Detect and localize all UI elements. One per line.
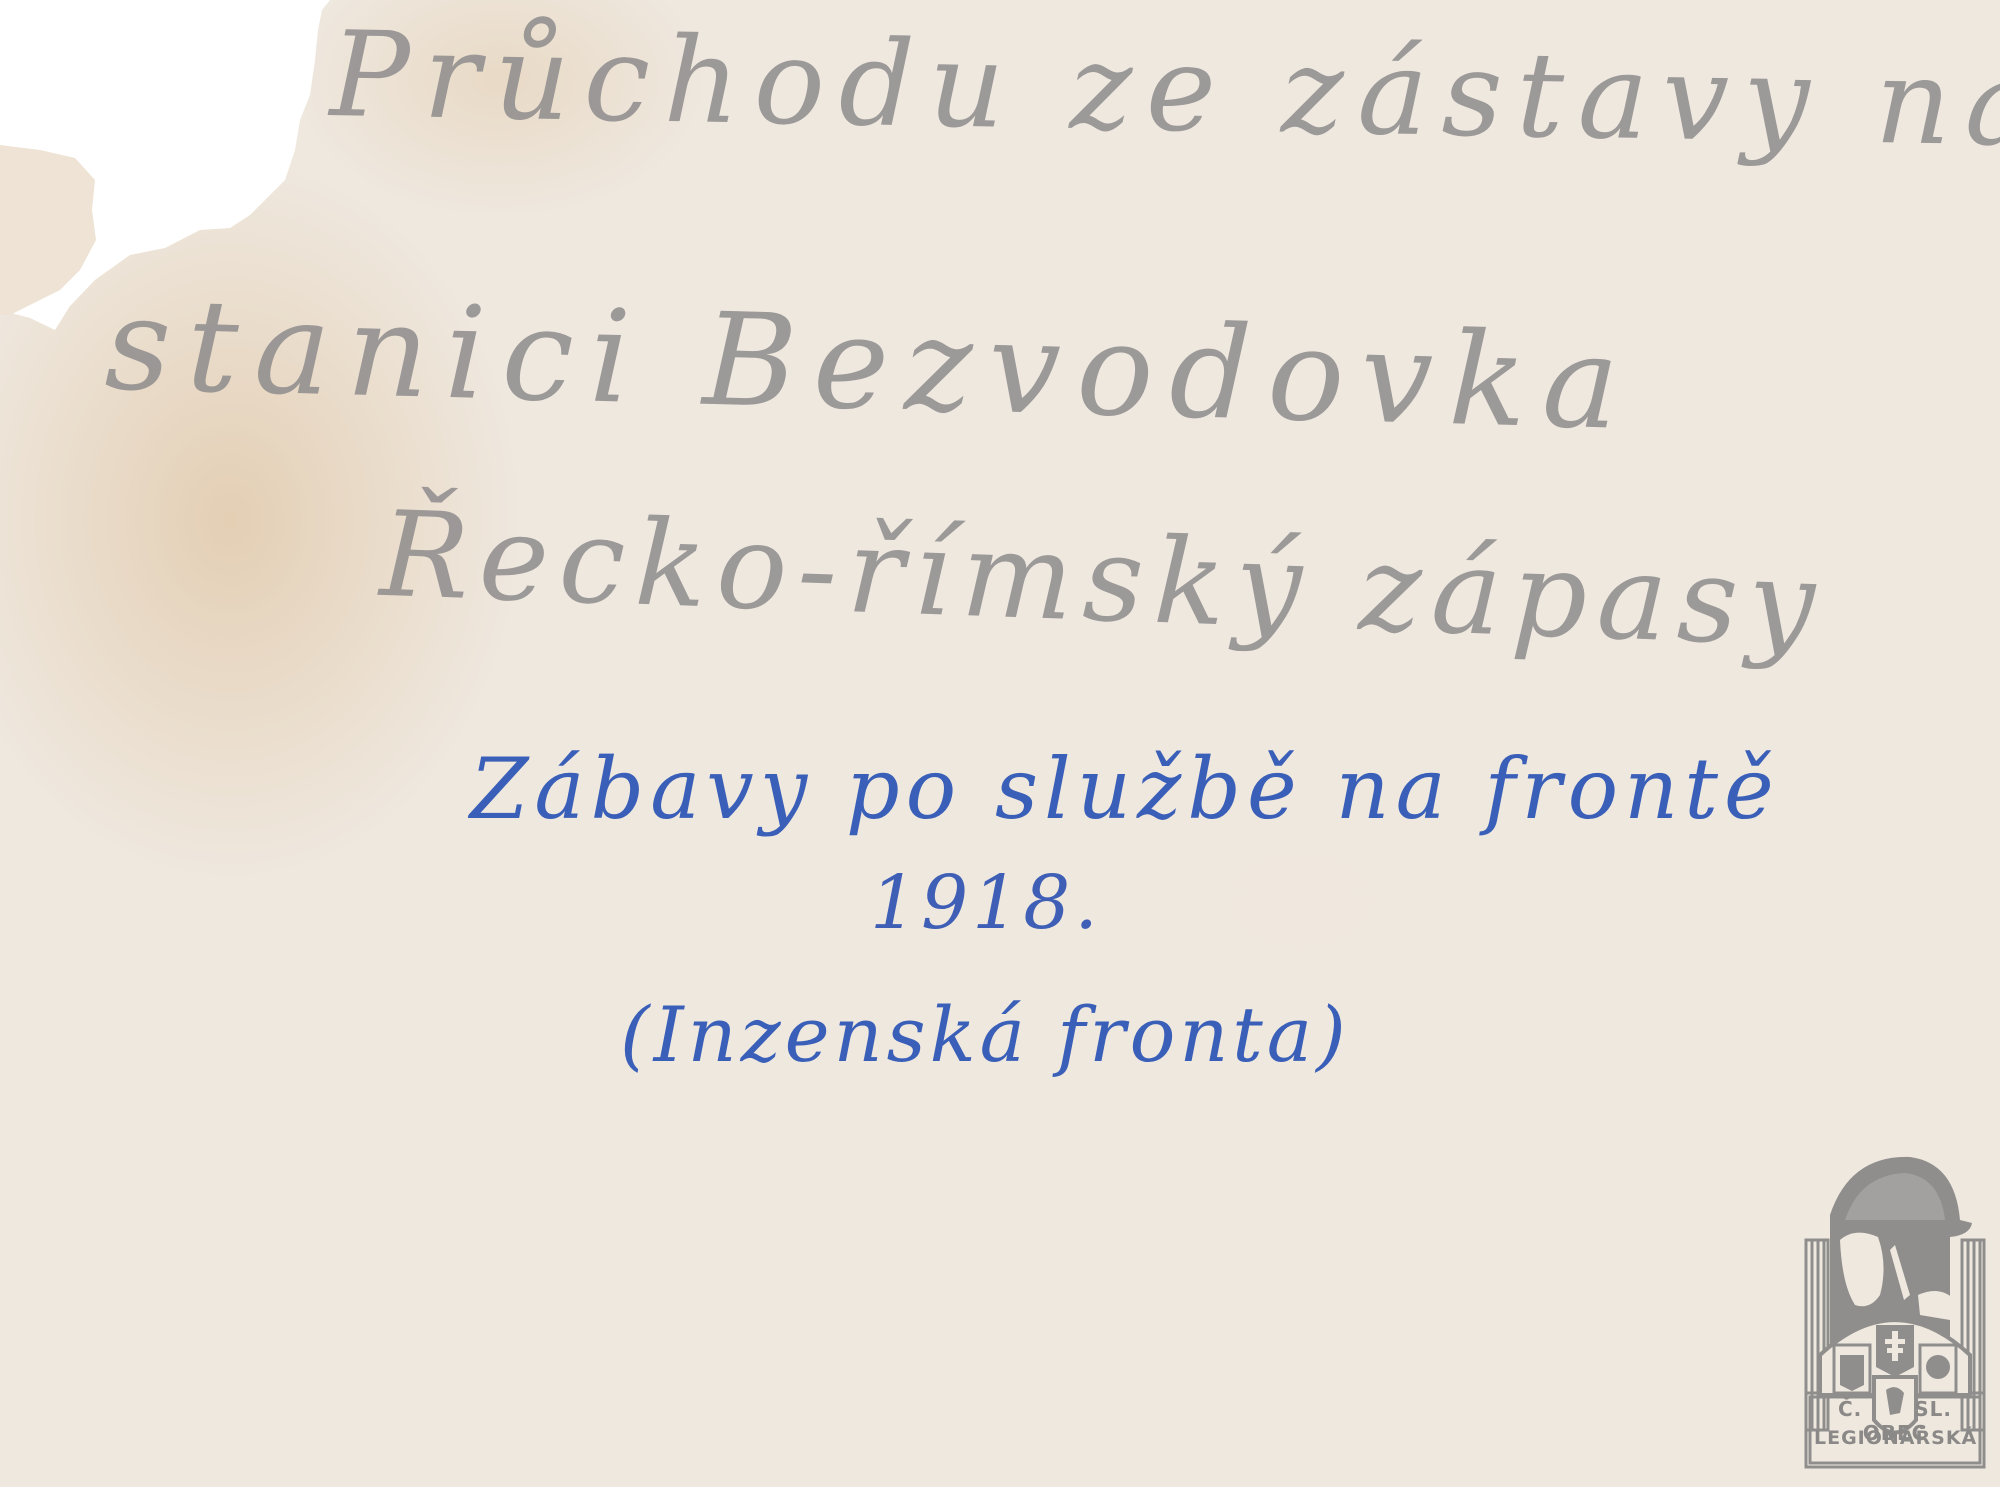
ink-line-year: 1918. [870, 860, 1102, 946]
stamp-line-2: LEGIONÁŘSKÁ [1814, 1427, 1976, 1449]
legion-association-stamp: Č. SL. OBEC LEGIONÁŘSKÁ [1800, 1145, 1990, 1475]
ink-line-1: Zábavy po službě na frontě [470, 740, 1780, 838]
stamp-text-csl: Č. SL. [1838, 1397, 1952, 1421]
ink-line-front: (Inzenská fronta) [620, 990, 1350, 1079]
